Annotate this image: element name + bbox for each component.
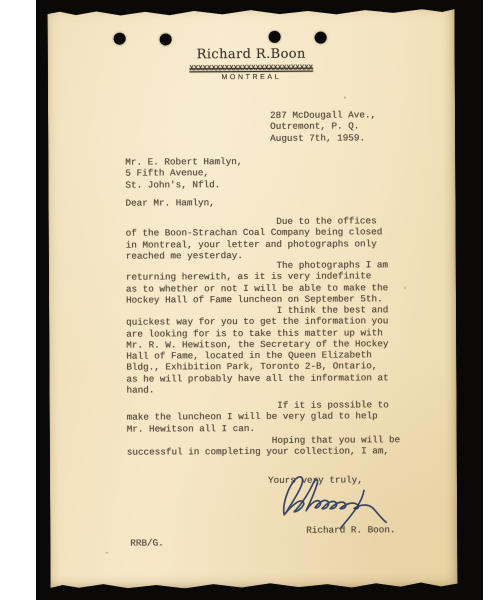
paragraph-5: Hoping that you will be successful in co… — [127, 434, 400, 458]
recipient-address: Mr. E. Robert Hamlyn, 5 Fifth Avenue, St… — [125, 156, 242, 191]
typist-initials: RRB/G. — [130, 537, 164, 548]
punch-hole — [269, 31, 281, 43]
return-address-date: 287 McDougall Ave., Outremont, P. Q. Aug… — [270, 109, 376, 143]
paragraph-1: Due to the offices of the Boon-Strachan … — [126, 215, 383, 262]
punch-hole — [160, 33, 172, 45]
letterhead-struck-address: XXXXXXXXXXXXXXXXXXXXXXXXXXXX — [48, 63, 455, 73]
typed-signature-name: Richard R. Boon. — [306, 524, 395, 536]
letter-page: Richard R.Boon XXXXXXXXXXXXXXXXXXXXXXXXX… — [47, 8, 457, 589]
paragraph-4: If it is possible to make the luncheon I… — [127, 399, 389, 434]
paper-stain — [105, 552, 108, 554]
letterhead-name: Richard R.Boon — [48, 47, 455, 63]
punch-hole — [114, 33, 126, 45]
letterhead-city: MONTREAL — [48, 73, 455, 83]
punch-hole — [315, 32, 327, 44]
paragraph-3: I think the best and quickest way for yo… — [126, 304, 389, 396]
paragraph-2: The photographs I am returning herewith,… — [126, 259, 388, 306]
paper-stain — [344, 97, 346, 99]
salutation: Dear Mr. Hamlyn, — [125, 197, 214, 209]
paper-stain — [404, 286, 406, 289]
letterhead: Richard R.Boon XXXXXXXXXXXXXXXXXXXXXXXXX… — [48, 47, 455, 83]
